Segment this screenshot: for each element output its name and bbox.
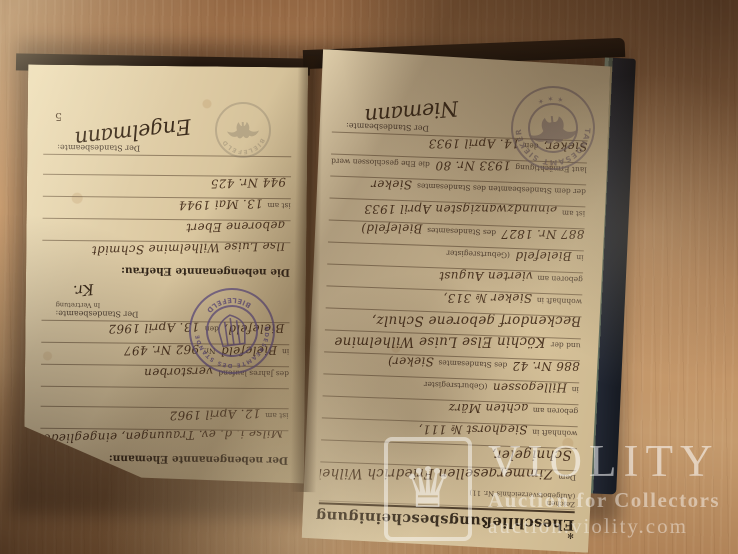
printed-label: und der (551, 338, 581, 350)
handwriting: achten März (448, 401, 528, 415)
watermark: ♛ VIOLITY Auction for Collectors auction… (384, 437, 720, 541)
printed-label: (Geburtsregister (424, 378, 488, 391)
printed-label: in (572, 383, 580, 394)
printed-label: wohnhaft in (537, 294, 583, 307)
page-number: 5 (55, 110, 62, 123)
form-row (41, 386, 289, 409)
printed-label: geboren am (537, 272, 583, 285)
form-row: geborene Ebert (42, 218, 290, 243)
printed-label: in (576, 251, 584, 262)
handwriting: Sieker № 313, (443, 291, 532, 305)
eagle-icon (527, 113, 580, 145)
form-row: Ilse Luise Wilhelmine Schmidt (42, 240, 290, 265)
watermark-brand: VIOLITY (488, 439, 720, 484)
handwriting: Sieker (371, 178, 412, 192)
handwriting: vierten August (439, 269, 533, 283)
printed-label: ist am (267, 199, 290, 210)
form-row: 944 Nr. 425 (43, 174, 291, 199)
crown-icon: ♛ (403, 461, 453, 517)
handwriting: Hillegossen (492, 381, 566, 395)
handwriting: Ilse Luise Wilhelmine Schmidt (91, 240, 285, 258)
signature: Kr. (55, 279, 95, 303)
form-row: ist am 13. Mai 1944 (43, 196, 291, 221)
printed-label: in (282, 345, 289, 356)
printed-label: des Standesamtes (438, 356, 507, 369)
round-stamp-standesamt-bielefeld: DER STANDESBEAMTE DES STANDESAMTES BIELE… (181, 280, 283, 382)
officiant-label: Der Standesbeamte: (56, 309, 139, 319)
watermark-url: auction.violity.com (488, 514, 720, 539)
eagle-icon (227, 121, 260, 138)
handwriting: Sieker) (387, 354, 433, 368)
stamp-text-bottom: BIELEFELD (203, 293, 253, 316)
coat-of-arms-icon (217, 313, 247, 346)
wife-section-heading: Die nebengenannte Ehefrau: (42, 264, 290, 279)
handwriting: 944 Nr. 425 (210, 175, 286, 191)
printed-label: (Geburtsregister (446, 247, 510, 260)
handwriting: Bielefeld (515, 249, 571, 263)
handwriting: 13. Mai 1944 (178, 197, 262, 213)
watermark-logo: ♛ (384, 437, 472, 541)
form-row: Milse i. d. ev. Trauungen, eingegliedert… (40, 428, 288, 453)
printed-label: ist am (562, 207, 586, 219)
handwriting: Milse i. d. ev. Trauungen, eingegliedert… (40, 428, 283, 446)
form-row: ist am 12. April 1962 (40, 406, 288, 431)
handwriting: 12. April 1962 (169, 406, 261, 422)
handwriting: Bielefeld) (361, 222, 422, 236)
round-stamp-standesamt-sieker: STANDESAMT SIEKER ✶ ✶ ✶ (505, 80, 602, 177)
round-stamp-bielefeld-faint: BIELEFELD (213, 100, 273, 160)
photo-of-open-registry-book: Der nebengenannte Ehemann: Milse i. d. e… (0, 0, 738, 554)
handwriting: geborene Ebert (186, 219, 286, 235)
handwriting: Sieghorst № 111, (418, 423, 527, 437)
printed-label: ist am (265, 409, 288, 420)
handwriting: 1933 Nr. 80 (435, 158, 510, 172)
signature: Niemann (346, 98, 459, 128)
watermark-text: VIOLITY Auction for Collectors auction.v… (488, 439, 720, 539)
printed-label: des Standesamtes (427, 224, 496, 237)
svg-text:BIELEFELD: BIELEFELD (203, 293, 253, 316)
handwriting: 887 Nr. 1827 (501, 227, 584, 241)
printed-label: geboren am (533, 404, 579, 417)
watermark-tagline: Auction for Collectors (488, 488, 720, 513)
handwriting: 886 Nr. 42 (512, 359, 580, 373)
handwriting: 14. April 1933 (428, 136, 519, 150)
